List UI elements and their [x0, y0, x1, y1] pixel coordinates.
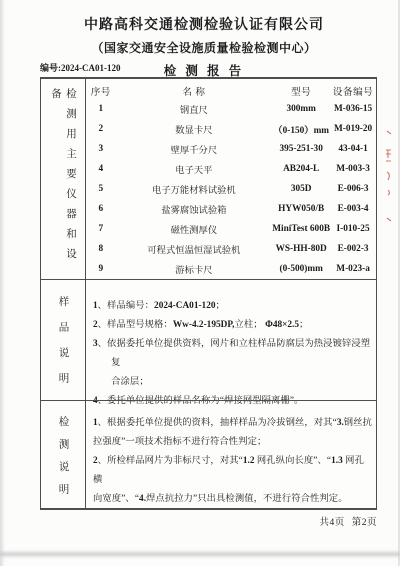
equipment-header-row: 序号 名 称 型号 设备编号 — [86, 82, 376, 99]
equipment-section: 检测用主要仪器和设备 序号 名 称 型号 设备编号 1 钢直尺 300mm M-… — [41, 79, 376, 279]
test-note-item: 1、根据委托单位提供的资料，抽样样品为冷拔钢丝，对其“3.钢丝抗 拉强度”一项技… — [93, 414, 372, 452]
equipment-side-label: 检测用主要仪器和设备 — [41, 79, 86, 279]
cell-name: 数显卡尺 — [116, 122, 273, 136]
cell-model: HYW050/B — [272, 204, 330, 214]
test-note-section: 检测说明 1、根据委托单位提供的资料，抽样样品为冷拔钢丝，对其“3.钢丝抗 拉强… — [41, 400, 376, 509]
test-note-item: 2、所检样品网片为非标尺寸，对其“1.2 网孔纵向长度”、“1.3 网孔横 向宽… — [93, 452, 372, 509]
page-edge-shadow-bottom — [0, 550, 400, 558]
cell-index: 8 — [86, 244, 116, 254]
table-row: 2 数显卡尺 （0-150）mm M-019-20 — [86, 119, 376, 139]
cell-name: 壁厚千分尺 — [116, 142, 273, 156]
page-edge-shadow-left — [0, 0, 5, 566]
cell-index: 3 — [86, 144, 116, 154]
cell-index: 4 — [86, 164, 116, 174]
table-row: 6 盐雾腐蚀试验箱 HYW050/B E-003-4 — [86, 199, 376, 219]
cell-index: 6 — [86, 204, 116, 214]
cell-index: 7 — [86, 224, 116, 234]
cell-name: 钢直尺 — [116, 102, 273, 116]
cell-name: 磁性测厚仪 — [116, 222, 273, 236]
test-side-label: 检测说明 — [41, 401, 86, 509]
cell-model: 300mm — [272, 104, 330, 114]
total-pages: 共4页 — [319, 518, 344, 528]
cell-model: WS-HH-80D — [272, 244, 330, 254]
sample-note-item: 1、样品编号：2024-CA01-120； — [93, 297, 372, 316]
cell-index: 9 — [86, 264, 116, 274]
table-row: 7 磁性测厚仪 MiniTest 600B I-010-25 — [86, 219, 376, 239]
cell-name: 电子万能材料试验机 — [116, 182, 273, 196]
table-row: 3 壁厚千分尺 395-251-30 43-04-1 — [86, 139, 376, 159]
cell-name: 电子天平 — [116, 162, 273, 176]
cell-index: 1 — [86, 104, 116, 114]
center-subtitle: （国家交通安全设施质量检验检测中心） — [8, 39, 400, 56]
cell-device-no: M-023-a — [330, 264, 376, 274]
cell-model: 395-251-30 — [272, 144, 330, 154]
cell-model: AB204-L — [272, 164, 330, 174]
current-page: 第2页 — [352, 518, 377, 528]
cell-device-no: M-003-3 — [330, 164, 376, 174]
col-header-model: 型号 — [272, 84, 330, 98]
equipment-table: 序号 名 称 型号 设备编号 1 钢直尺 300mm M-036-15 2 数显… — [86, 79, 376, 279]
company-name: 中路高科交通检测检验认证有限公司 — [8, 14, 400, 34]
report-page: 中路高科交通检测检验认证有限公司 （国家交通安全设施质量检验检测中心） 检 测 … — [0, 0, 400, 566]
cell-index: 2 — [86, 124, 116, 134]
sample-side-label: 样品说明 — [41, 280, 86, 400]
red-margin-annotation — [383, 128, 393, 224]
cell-name: 可程式恒温恒湿试验机 — [116, 242, 273, 256]
sample-note-item: 3、依据委托单位提供资料，网片和立柱样品防腐层为热浸镀锌浸塑复 合涂层； — [93, 335, 372, 392]
cell-name: 游标卡尺 — [116, 262, 273, 276]
table-row: 9 游标卡尺 (0-500)mm M-023-a — [86, 259, 376, 279]
cell-device-no: I-010-25 — [330, 224, 376, 234]
report-body-table: 检测用主要仪器和设备 序号 名 称 型号 设备编号 1 钢直尺 300mm M-… — [40, 77, 377, 510]
cell-model: (0-500)mm — [272, 264, 330, 274]
sample-description-section: 样品说明 1、样品编号：2024-CA01-120； 2、样品型号规格：Ww-4… — [41, 279, 376, 400]
cell-device-no: E-006-3 — [330, 184, 376, 194]
cell-model: MiniTest 600B — [272, 224, 330, 234]
table-row: 1 钢直尺 300mm M-036-15 — [86, 99, 376, 119]
cell-name: 盐雾腐蚀试验箱 — [116, 202, 273, 216]
cell-device-no: 43-04-1 — [330, 144, 376, 154]
cell-device-no: E-002-3 — [330, 244, 376, 254]
page-indicator: 共4页第2页 — [319, 514, 377, 528]
cell-device-no: M-036-15 — [330, 104, 376, 114]
cell-model: 305D — [272, 184, 330, 194]
col-header-name: 名 称 — [116, 84, 273, 98]
cell-device-no: E-003-4 — [330, 204, 376, 214]
report-number: 编号:2024-CA01-120 — [40, 61, 121, 74]
cell-index: 5 — [86, 184, 116, 194]
col-header-index: 序号 — [86, 84, 116, 98]
table-row: 8 可程式恒温恒湿试验机 WS-HH-80D E-002-3 — [86, 239, 376, 259]
cell-model: （0-150）mm — [272, 122, 330, 136]
cell-device-no: M-019-20 — [330, 124, 376, 134]
table-row: 4 电子天平 AB204-L M-003-3 — [86, 159, 376, 179]
sample-note-item: 2、样品型号规格：Ww-4.2-195DP,立柱； Φ48×2.5； — [93, 316, 372, 335]
col-header-device-no: 设备编号 — [330, 84, 376, 98]
table-row: 5 电子万能材料试验机 305D E-006-3 — [86, 179, 376, 199]
